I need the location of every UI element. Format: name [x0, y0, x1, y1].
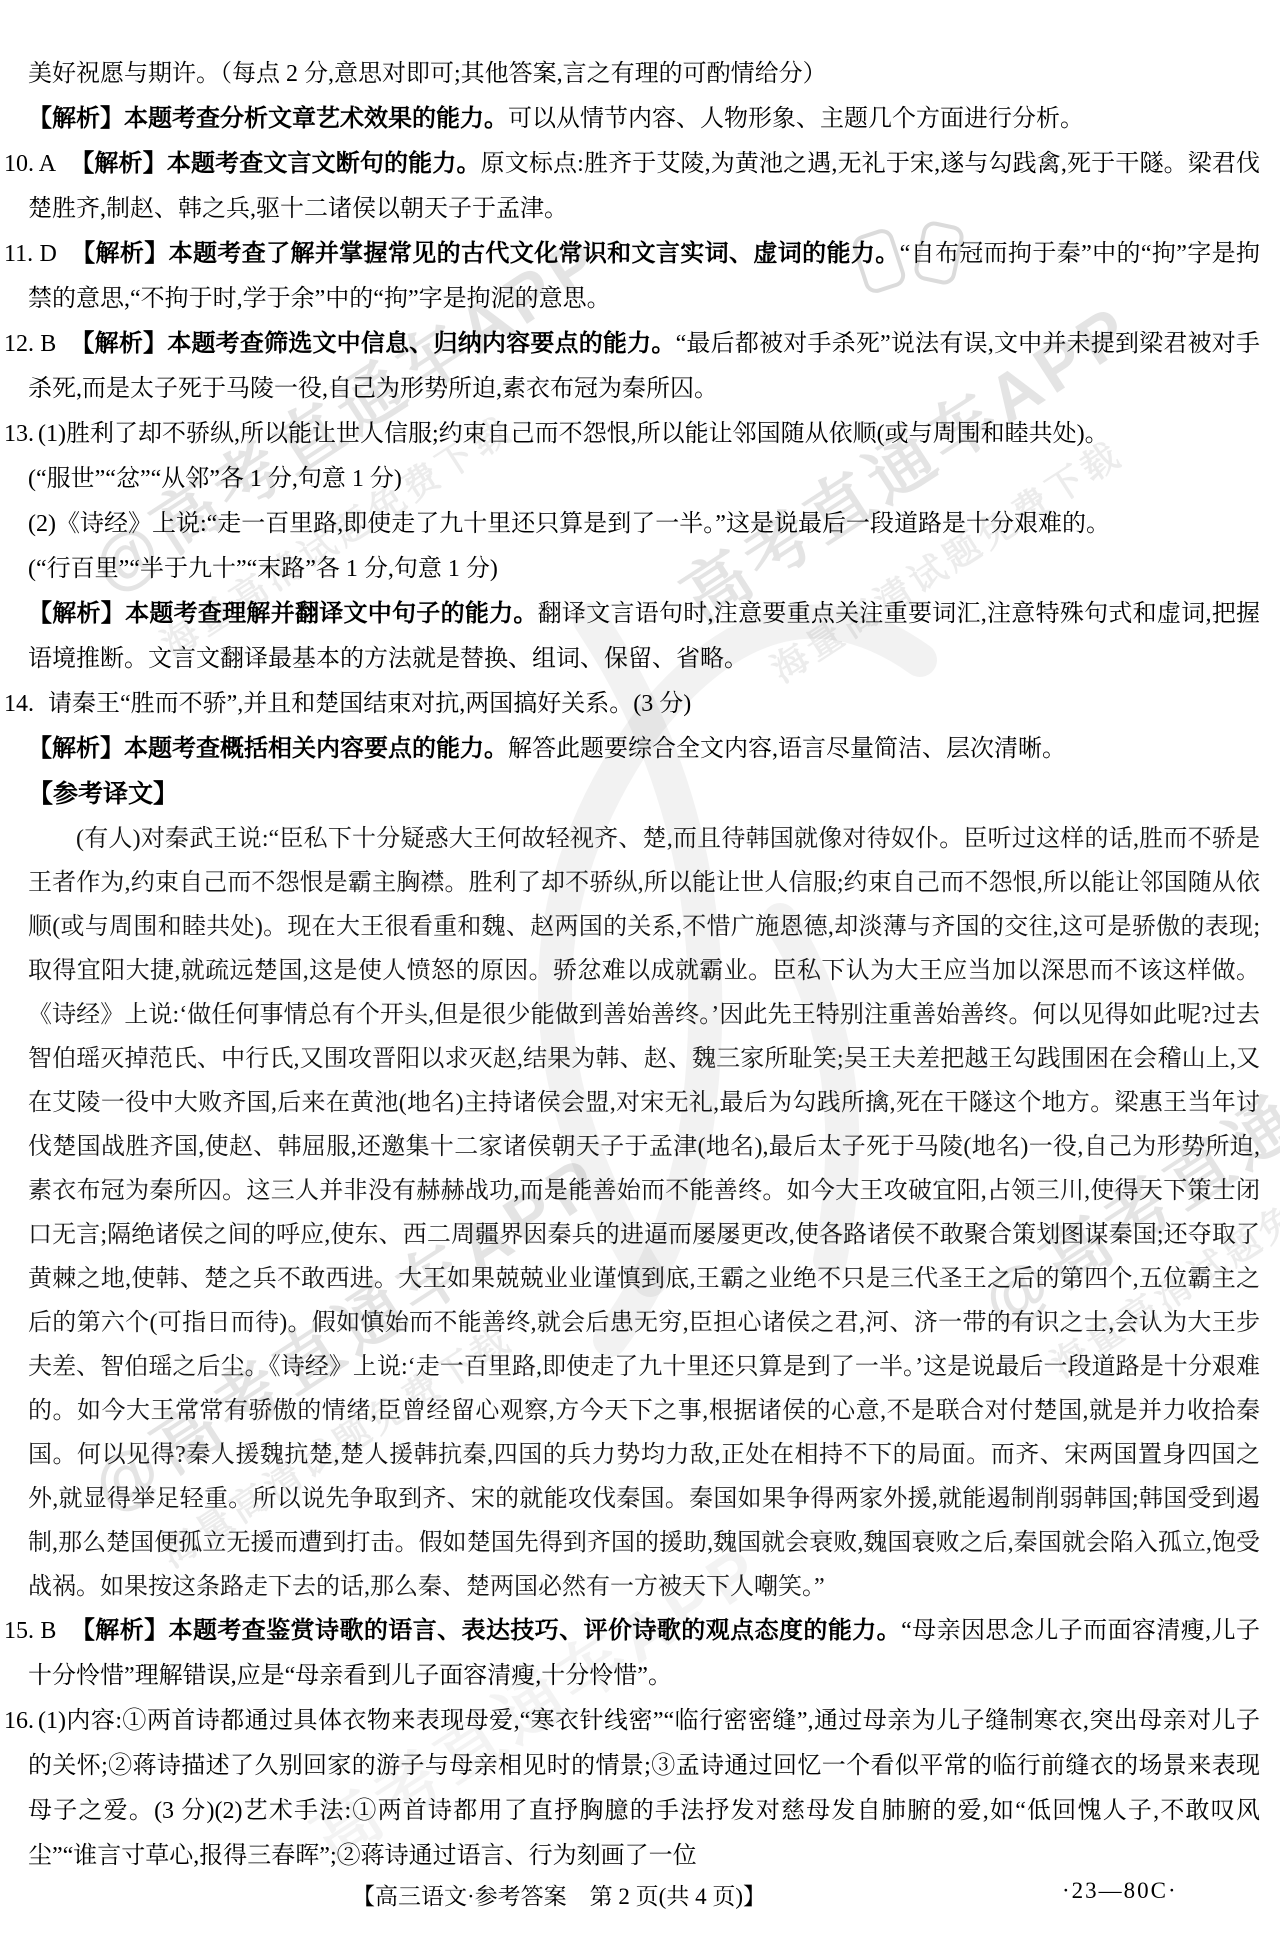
- answer-text: (2)《诗经》上说:“走一百里路,即使走了九十里还只算是到了一半。”这是说最后一…: [28, 502, 1260, 547]
- question-number: 13.: [4, 421, 34, 447]
- analysis-label: 【解析】本题考查概括相关内容要点的能力。: [28, 736, 508, 762]
- answer-item-16: 16.(1)内容:①两首诗都通过具体衣物来表现母爱,“寒衣针线密”“临行密密缝”…: [28, 1699, 1260, 1879]
- analysis-text: 可以从情节内容、人物形象、主题几个方面进行分析。: [508, 106, 1084, 132]
- analysis-label: 【解析】本题考查分析文章艺术效果的能力。: [28, 106, 508, 132]
- question-number: 15. B: [4, 1618, 56, 1644]
- answer-item-10: 10. A【解析】本题考查文言文断句的能力。原文标点:胜齐于艾陵,为黄池之遇,无…: [28, 142, 1260, 232]
- question-number: 10. A: [4, 151, 56, 177]
- analysis-paragraph-9: 【解析】本题考查分析文章艺术效果的能力。可以从情节内容、人物形象、主题几个方面进…: [28, 97, 1260, 142]
- answer-text: 请秦王“胜而不骄”,并且和楚国结束对抗,两国搞好关系。(3 分): [48, 691, 691, 717]
- footer-paper-code: ·23—80C·: [1062, 1878, 1178, 1904]
- answer-item-12: 12. B【解析】本题考查筛选文中信息、归纳内容要点的能力。“最后都被对手杀死”…: [28, 322, 1260, 412]
- carryover-answer-text: 美好祝愿与期许。（每点 2 分,意思对即可;其他答案,言之有理的可酌情给分）: [28, 52, 1260, 97]
- analysis-paragraph-13: 【解析】本题考查理解并翻译文中句子的能力。翻译文言语句时,注意要重点关注重要词汇…: [28, 592, 1260, 682]
- reference-translation-text: (有人)对秦武王说:“臣私下十分疑惑大王何故轻视齐、楚,而且待韩国就像对待奴仆。…: [28, 817, 1260, 1609]
- answer-item-15: 15. B【解析】本题考查鉴赏诗歌的语言、表达技巧、评价诗歌的观点态度的能力。“…: [28, 1609, 1260, 1699]
- question-number: 16.: [4, 1708, 34, 1734]
- scoring-note: (“行百里”“半于九十”“末路”各 1 分,句意 1 分): [28, 547, 1260, 592]
- reference-translation-header: 【参考译文】: [28, 772, 1260, 817]
- answer-item-11: 11. D【解析】本题考查了解并掌握常见的古代文化常识和文言实词、虚词的能力。“…: [28, 232, 1260, 322]
- answer-text: (1)内容:①两首诗都通过具体衣物来表现母爱,“寒衣针线密”“临行密密缝”,通过…: [28, 1708, 1260, 1869]
- answer-item-13: 13.(1)胜利了却不骄纵,所以能让世人信服;约束自己而不怨恨,所以能让邻国随从…: [28, 412, 1260, 457]
- question-number: 12. B: [4, 331, 56, 357]
- answer-key-page: 美好祝愿与期许。（每点 2 分,意思对即可;其他答案,言之有理的可酌情给分） 【…: [28, 52, 1260, 1879]
- scoring-note: (“服世”“忿”“从邻”各 1 分,句意 1 分): [28, 457, 1260, 502]
- analysis-label: 【解析】本题考查筛选文中信息、归纳内容要点的能力。: [70, 331, 675, 357]
- question-number: 14.: [4, 691, 34, 717]
- analysis-paragraph-14: 【解析】本题考查概括相关内容要点的能力。解答此题要综合全文内容,语言尽量简洁、层…: [28, 727, 1260, 772]
- analysis-label: 【解析】本题考查文言文断句的能力。: [70, 151, 480, 177]
- question-number: 11. D: [4, 241, 57, 267]
- answer-text: (1)胜利了却不骄纵,所以能让世人信服;约束自己而不怨恨,所以能让邻国随从依顺(…: [38, 421, 1109, 447]
- analysis-text: 解答此题要综合全文内容,语言尽量简洁、层次清晰。: [508, 736, 1066, 762]
- footer-title-page-number: 【高三语文·参考答案 第 2 页(共 4 页)】: [352, 1878, 766, 1911]
- analysis-label: 【解析】本题考查理解并翻译文中句子的能力。: [28, 601, 538, 627]
- analysis-label: 【解析】本题考查了解并掌握常见的古代文化常识和文言实词、虚词的能力。: [71, 241, 900, 267]
- analysis-label: 【解析】本题考查鉴赏诗歌的语言、表达技巧、评价诗歌的观点态度的能力。: [70, 1618, 901, 1644]
- answer-item-14: 14.请秦王“胜而不骄”,并且和楚国结束对抗,两国搞好关系。(3 分): [28, 682, 1260, 727]
